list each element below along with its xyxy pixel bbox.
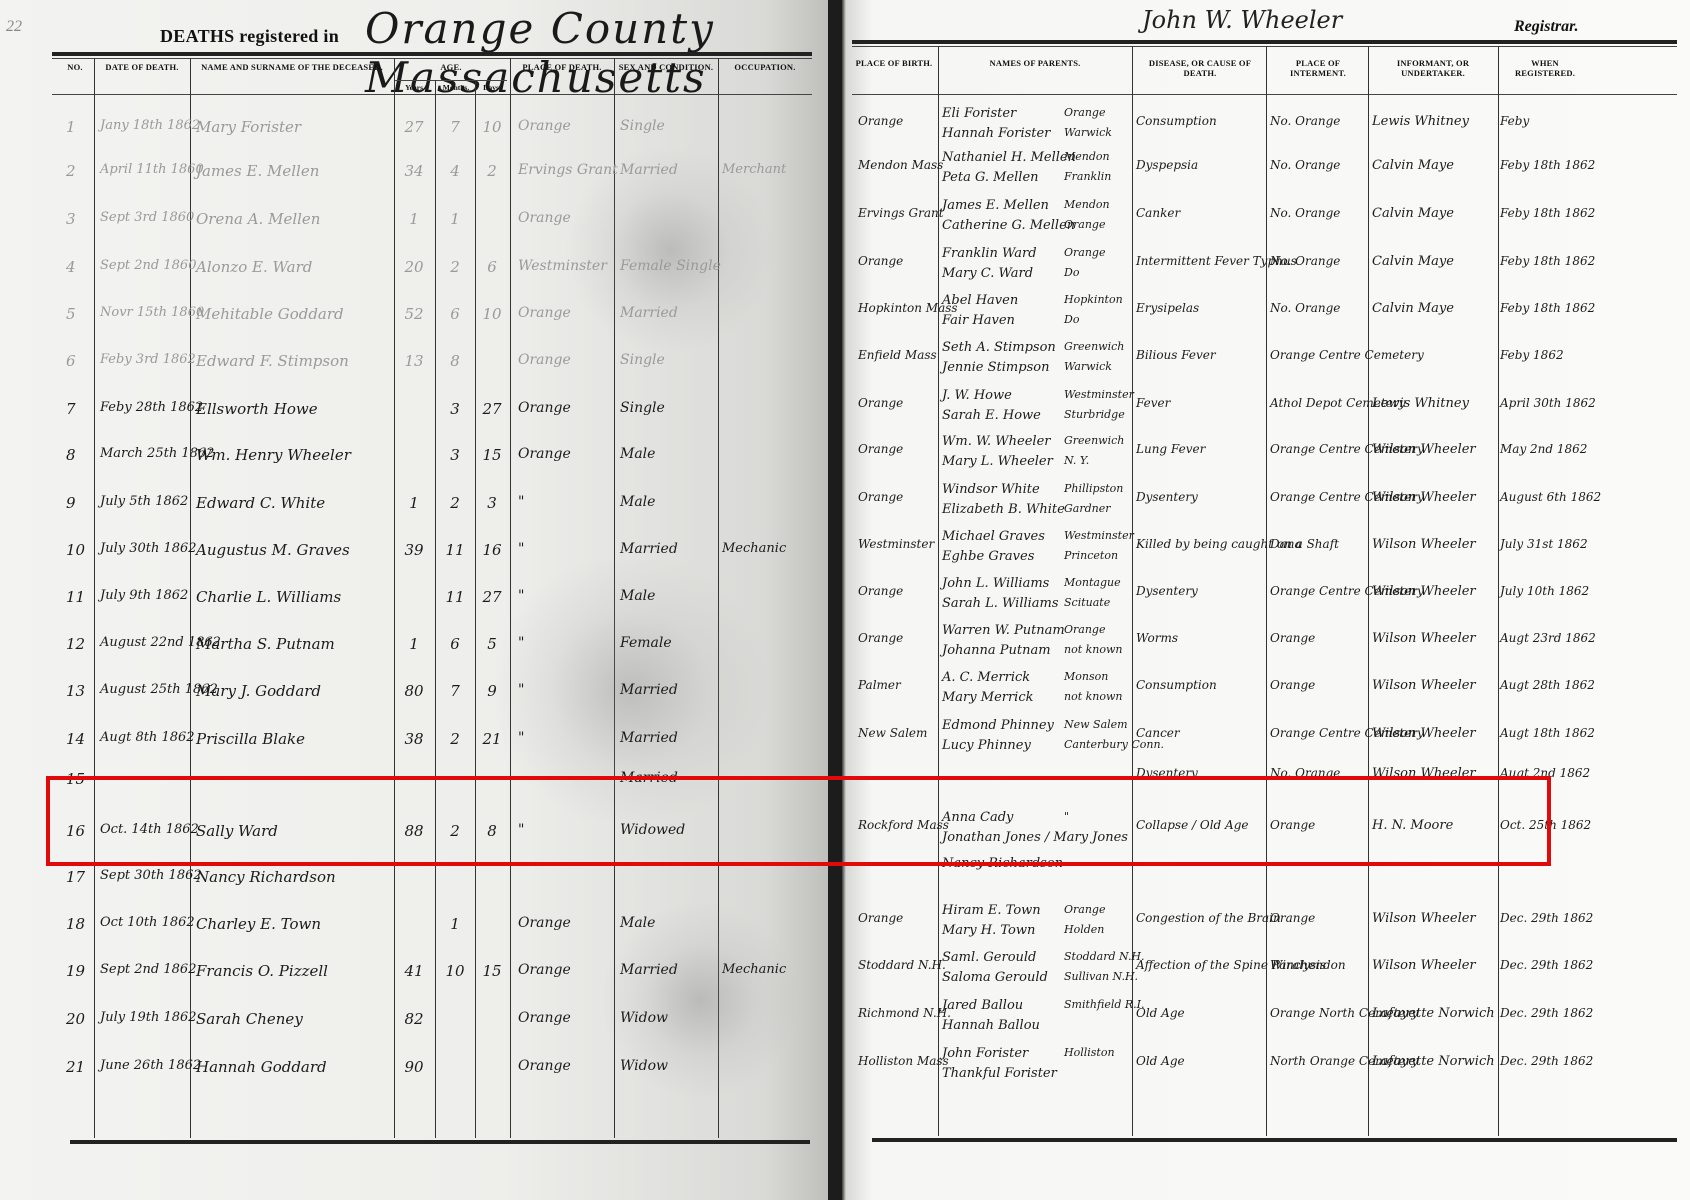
cause-of-death: Killed by being caught on a Shaft — [1136, 537, 1339, 551]
father-from: Phillipston — [1064, 482, 1123, 495]
record-number: 20 — [66, 1010, 85, 1028]
age-months: 2 — [441, 730, 469, 748]
age-months: 11 — [441, 588, 469, 606]
sex-condition: Married — [620, 162, 678, 178]
deceased-name: Sally Ward — [196, 822, 278, 840]
age-subrule — [395, 80, 507, 81]
place-of-birth: Mendon Mass — [858, 158, 943, 172]
father-from: Holliston — [1064, 1046, 1115, 1059]
age-years: 27 — [400, 118, 428, 136]
when-registered: Feby 18th 1862 — [1500, 158, 1595, 172]
place-of-interment: No. Orange — [1270, 206, 1340, 220]
father-name: John L. Williams — [942, 576, 1049, 591]
mother-name: Mary H. Town — [942, 923, 1035, 938]
informant: Lewis Whitney — [1372, 396, 1469, 411]
when-registered: Feby 18th 1862 — [1500, 301, 1595, 315]
place-of-interment: Orange Centre Cemetery — [1270, 348, 1424, 362]
when-registered: Feby 1862 — [1500, 348, 1564, 362]
mother-name: Saloma Gerould — [942, 970, 1048, 985]
informant: Wilson Wheeler — [1372, 678, 1476, 693]
age-years: 52 — [400, 305, 428, 323]
col-registered: WHEN REGISTERED. — [1500, 58, 1590, 78]
when-registered: Feby 18th 1862 — [1500, 206, 1595, 220]
place-of-death: " — [518, 682, 524, 698]
age-months: 11 — [441, 541, 469, 559]
record-number: 3 — [66, 210, 76, 228]
when-registered: July 31st 1862 — [1500, 537, 1588, 551]
cause-of-death: Dyspepsia — [1136, 158, 1198, 172]
record-number: 1 — [66, 118, 76, 136]
place-of-death: " — [518, 494, 524, 510]
father-from: Stoddard N.H. — [1064, 950, 1145, 963]
place-of-death: Orange — [518, 400, 571, 416]
when-registered: Dec. 29th 1862 — [1500, 1006, 1593, 1020]
cause-of-death: Bilious Fever — [1136, 348, 1216, 362]
deceased-name: Priscilla Blake — [196, 730, 305, 748]
informant: Lafayette Norwich — [1372, 1006, 1495, 1021]
col-age: AGE. — [395, 62, 507, 72]
col-age-years: Years. — [395, 83, 435, 92]
sex-condition: Married — [620, 770, 678, 786]
informant: Wilson Wheeler — [1372, 726, 1476, 741]
deceased-name: Edward C. White — [196, 494, 325, 512]
age-years: 41 — [400, 962, 428, 980]
when-registered: Augt 2nd 1862 — [1500, 766, 1590, 780]
father-from: Hopkinton — [1064, 293, 1123, 306]
father-from: Orange — [1064, 106, 1105, 119]
cause-of-death: Old Age — [1136, 1006, 1185, 1020]
deceased-name: Martha S. Putnam — [196, 635, 335, 653]
mother-name: Sarah E. Howe — [942, 408, 1041, 423]
place-of-interment: Orange — [1270, 678, 1315, 692]
col-no: NO. — [56, 62, 94, 72]
sex-condition: Widow — [620, 1058, 668, 1074]
record-number: 18 — [66, 915, 85, 933]
age-years: 90 — [400, 1058, 428, 1076]
mother-from: Orange — [1064, 218, 1105, 231]
age-years: 1 — [400, 635, 428, 653]
date-of-death: Jany 18th 1862 — [100, 118, 200, 133]
place-of-birth: Holliston Mass — [858, 1054, 949, 1068]
place-of-interment: Dana — [1270, 537, 1302, 551]
place-of-interment: Orange — [1270, 818, 1315, 832]
cause-of-death: Consumption — [1136, 114, 1217, 128]
when-registered: Augt 23rd 1862 — [1500, 631, 1596, 645]
cause-of-death: Dysentery — [1136, 584, 1198, 598]
age-days: 3 — [478, 494, 506, 512]
deceased-name: Mehitable Goddard — [196, 305, 344, 323]
father-name: Hiram E. Town — [942, 903, 1041, 918]
date-of-death: Augt 8th 1862 — [100, 730, 195, 745]
age-years: 80 — [400, 682, 428, 700]
place-of-birth: Orange — [858, 442, 903, 456]
mother-name: Johanna Putnam — [942, 643, 1051, 658]
deceased-name: Charley E. Town — [196, 915, 321, 933]
mother-name: Lucy Phinney — [942, 738, 1031, 753]
informant: Wilson Wheeler — [1372, 490, 1476, 505]
date-of-death: Oct. 14th 1862 — [100, 822, 199, 837]
age-days: 8 — [478, 822, 506, 840]
place-of-birth: Ervings Grant — [858, 206, 944, 220]
father-name: Anna Cady — [942, 810, 1013, 825]
age-months: 3 — [441, 400, 469, 418]
record-number: 12 — [66, 635, 85, 653]
sex-condition: Widow — [620, 1010, 668, 1026]
place-of-birth: Rockford Mass — [858, 818, 949, 832]
when-registered: Oct. 25th 1862 — [1500, 818, 1591, 832]
cause-of-death: Erysipelas — [1136, 301, 1199, 315]
place-of-interment: Orange — [1270, 911, 1315, 925]
record-number: 13 — [66, 682, 85, 700]
when-registered: Feby — [1500, 114, 1529, 128]
col-age-months: Months. — [436, 83, 476, 92]
father-from: Greenwich — [1064, 340, 1124, 353]
age-days: 9 — [478, 682, 506, 700]
father-from: New Salem — [1064, 718, 1128, 731]
when-registered: July 10th 1862 — [1500, 584, 1589, 598]
record-number: 21 — [66, 1058, 85, 1076]
when-registered: Dec. 29th 1862 — [1500, 1054, 1593, 1068]
mother-name: Hannah Forister — [942, 126, 1050, 141]
place-of-death: Orange — [518, 1058, 571, 1074]
place-of-birth: Palmer — [858, 678, 901, 692]
registrar-name: John W. Wheeler — [1142, 6, 1342, 34]
deceased-name: Edward F. Stimpson — [196, 352, 349, 370]
cause-of-death: Old Age — [1136, 1054, 1185, 1068]
mother-from: Scituate — [1064, 596, 1110, 609]
deceased-name: Ellsworth Howe — [196, 400, 318, 418]
record-number: 8 — [66, 446, 76, 464]
mother-name: Catherine G. Mellen — [942, 218, 1075, 233]
father-from: Orange — [1064, 623, 1105, 636]
sex-condition: Single — [620, 400, 665, 416]
father-name: Nathaniel H. Mellen — [942, 150, 1076, 165]
place-of-death: " — [518, 635, 524, 651]
mother-from: Do — [1064, 313, 1079, 326]
place-of-death: Orange — [518, 446, 571, 462]
deceased-name: Mary Forister — [196, 118, 301, 136]
place-of-birth: Orange — [858, 114, 903, 128]
father-from: Montague — [1064, 576, 1121, 589]
age-days: 15 — [478, 962, 506, 980]
age-months: 1 — [441, 915, 469, 933]
page-number: 22 — [6, 18, 22, 36]
age-years: 13 — [400, 352, 428, 370]
when-registered: Dec. 29th 1862 — [1500, 911, 1593, 925]
informant: Wilson Wheeler — [1372, 584, 1476, 599]
header-rule-right — [852, 40, 1677, 44]
deceased-name: Wm. Henry Wheeler — [196, 446, 351, 464]
record-number: 7 — [66, 400, 76, 418]
sex-condition: Male — [620, 588, 655, 604]
place-of-death: Orange — [518, 915, 571, 931]
informant: Lafayette Norwich — [1372, 1054, 1495, 1069]
age-months: 2 — [441, 494, 469, 512]
age-months: 3 — [441, 446, 469, 464]
age-months: 1 — [441, 210, 469, 228]
sex-condition: Male — [620, 446, 655, 462]
record-number: 6 — [66, 352, 76, 370]
place-of-birth: Stoddard N.H. — [858, 958, 946, 972]
mother-from: Warwick — [1064, 126, 1112, 139]
age-months: 7 — [441, 118, 469, 136]
place-of-death: " — [518, 822, 524, 838]
father-name: Windsor White — [942, 482, 1040, 497]
place-of-interment: No. Orange — [1270, 254, 1340, 268]
age-days: 2 — [478, 162, 506, 180]
when-registered: Dec. 29th 1862 — [1500, 958, 1593, 972]
place-of-birth: Richmond N.H. — [858, 1006, 951, 1020]
mother-name: Elizabeth B. White — [942, 502, 1065, 517]
place-of-death: Orange — [518, 305, 571, 321]
mother-from: Princeton — [1064, 549, 1118, 562]
age-days: 10 — [478, 305, 506, 323]
when-registered: Augt 18th 1862 — [1500, 726, 1595, 740]
father-name: Jared Ballou — [942, 998, 1023, 1013]
deceased-name: James E. Mellen — [196, 162, 319, 180]
col-informant: INFORMANT, OR UNDERTAKER. — [1370, 58, 1496, 78]
informant: Wilson Wheeler — [1372, 442, 1476, 457]
col-occupation: OCCUPATION. — [720, 62, 810, 72]
father-name: Franklin Ward — [942, 246, 1037, 261]
mother-name: Jennie Stimpson — [942, 360, 1049, 375]
age-months: 4 — [441, 162, 469, 180]
father-name: Eli Forister — [942, 106, 1016, 121]
cause-of-death: Canker — [1136, 206, 1180, 220]
age-months: 2 — [441, 822, 469, 840]
when-registered: April 30th 1862 — [1500, 396, 1596, 410]
father-name: Seth A. Stimpson — [942, 340, 1056, 355]
age-years: 88 — [400, 822, 428, 840]
mother-name: Mary C. Ward — [942, 266, 1033, 281]
record-number: 17 — [66, 868, 85, 886]
sex-condition: Married — [620, 305, 678, 321]
place-of-birth: Westminster — [858, 537, 934, 551]
informant: Wilson Wheeler — [1372, 631, 1476, 646]
mother-name: Jonathan Jones / Mary Jones — [942, 830, 1128, 845]
age-years: 1 — [400, 494, 428, 512]
place-of-interment: No. Orange — [1270, 158, 1340, 172]
place-of-birth: Orange — [858, 490, 903, 504]
informant: Calvin Maye — [1372, 254, 1454, 269]
cause-of-death: Dysentery — [1136, 490, 1198, 504]
place-of-death: Orange — [518, 962, 571, 978]
sex-condition: Single — [620, 118, 665, 134]
date-of-death: Sept 30th 1862 — [100, 868, 202, 883]
age-months: 8 — [441, 352, 469, 370]
age-days: 6 — [478, 258, 506, 276]
deceased-name: Hannah Goddard — [196, 1058, 327, 1076]
mother-from: Do — [1064, 266, 1079, 279]
cause-of-death: Fever — [1136, 396, 1170, 410]
age-years: 1 — [400, 210, 428, 228]
father-from: Mendon — [1064, 198, 1110, 211]
date-of-death: April 11th 1860 — [100, 162, 204, 177]
deceased-name: Francis O. Pizzell — [196, 962, 328, 980]
place-of-death: Westminster — [518, 258, 607, 274]
age-years: 20 — [400, 258, 428, 276]
sex-condition: Married — [620, 730, 678, 746]
when-registered: Feby 18th 1862 — [1500, 254, 1595, 268]
cause-of-death: Consumption — [1136, 678, 1217, 692]
cause-of-death: Congestion of the Brain — [1136, 911, 1281, 925]
col-age-days: Days. — [476, 83, 508, 92]
age-days: 5 — [478, 635, 506, 653]
cause-of-death: Dysentery — [1136, 766, 1198, 780]
informant: Lewis Whitney — [1372, 114, 1469, 129]
mother-from: not known — [1064, 643, 1123, 656]
date-of-death: July 5th 1862 — [100, 494, 188, 509]
informant: Calvin Maye — [1372, 301, 1454, 316]
footer-rule-right — [872, 1138, 1677, 1142]
sex-condition: Female Single — [620, 258, 721, 274]
sex-condition: Single — [620, 352, 665, 368]
record-number: 16 — [66, 822, 85, 840]
place-of-interment: No. Orange — [1270, 114, 1340, 128]
father-name: John Forister — [942, 1046, 1028, 1061]
mother-name: Mary L. Wheeler — [942, 454, 1053, 469]
place-of-death: Orange — [518, 352, 571, 368]
age-years: 34 — [400, 162, 428, 180]
sex-condition: Married — [620, 541, 678, 557]
age-years: 82 — [400, 1010, 428, 1028]
age-months: 6 — [441, 635, 469, 653]
date-of-death: Sept 2nd 1860 — [100, 258, 196, 273]
father-name: Warren W. Putnam — [942, 623, 1065, 638]
cause-of-death: Collapse / Old Age — [1136, 818, 1248, 832]
father-from: " — [1064, 810, 1069, 823]
header-rule — [52, 52, 812, 56]
header-rule-thin — [52, 58, 812, 59]
deceased-name: Sarah Cheney — [196, 1010, 303, 1028]
header-bottom-rule — [52, 94, 812, 95]
mother-from: Holden — [1064, 923, 1104, 936]
age-months: 2 — [441, 258, 469, 276]
age-days: 27 — [478, 400, 506, 418]
place-of-interment: No. Orange — [1270, 766, 1340, 780]
registrar-label: Registrar. — [1514, 18, 1578, 36]
sex-condition: Widowed — [620, 822, 685, 838]
age-months: 6 — [441, 305, 469, 323]
mother-name: Hannah Ballou — [942, 1018, 1040, 1033]
col-name: NAME AND SURNAME OF THE DECEASED. — [192, 62, 392, 72]
age-days: 15 — [478, 446, 506, 464]
father-name: James E. Mellen — [942, 198, 1049, 213]
register-title: DEATHS registered in — [160, 26, 339, 47]
record-number: 14 — [66, 730, 85, 748]
mother-from: Sturbridge — [1064, 408, 1125, 421]
record-number: 9 — [66, 494, 76, 512]
informant: H. N. Moore — [1372, 818, 1453, 833]
date-of-death: June 26th 1862 — [100, 1058, 201, 1073]
mother-name: Eghbe Graves — [942, 549, 1034, 564]
place-of-death: " — [518, 588, 524, 604]
informant: Calvin Maye — [1372, 206, 1454, 221]
father-name: Nancy Richardson — [942, 856, 1063, 871]
informant: Wilson Wheeler — [1372, 766, 1476, 781]
when-registered: May 2nd 1862 — [1500, 442, 1587, 456]
place-of-birth: Orange — [858, 396, 903, 410]
when-registered: Augt 28th 1862 — [1500, 678, 1595, 692]
mother-name: Sarah L. Williams — [942, 596, 1059, 611]
father-name: A. C. Merrick — [942, 670, 1030, 685]
mother-from: N. Y. — [1064, 454, 1089, 467]
date-of-death: July 30th 1862 — [100, 541, 197, 556]
father-from: Greenwich — [1064, 434, 1124, 447]
place-of-birth: New Salem — [858, 726, 927, 740]
place-of-death: " — [518, 541, 524, 557]
record-number: 4 — [66, 258, 76, 276]
occupation: Mechanic — [722, 962, 786, 977]
mother-name: Thankful Forister — [942, 1066, 1057, 1081]
date-of-death: Sept 2nd 1862 — [100, 962, 196, 977]
informant: Wilson Wheeler — [1372, 958, 1476, 973]
sex-condition: Female — [620, 635, 672, 651]
father-name: Saml. Gerould — [942, 950, 1036, 965]
father-from: Orange — [1064, 903, 1105, 916]
age-years: 38 — [400, 730, 428, 748]
father-from: Monson — [1064, 670, 1108, 683]
date-of-death: Novr 15th 1860 — [100, 305, 204, 320]
sex-condition: Male — [620, 915, 655, 931]
mother-from: Franklin — [1064, 170, 1111, 183]
mother-name: Peta G. Mellen — [942, 170, 1039, 185]
place-of-interment: Winchendon — [1270, 958, 1346, 972]
deceased-name: Augustus M. Graves — [196, 541, 350, 559]
deceased-name: Alonzo E. Ward — [196, 258, 312, 276]
father-name: Michael Graves — [942, 529, 1045, 544]
book-gutter — [828, 0, 842, 1200]
father-from: Westminster — [1064, 388, 1134, 401]
date-of-death: Feby 3rd 1862 — [100, 352, 196, 367]
place-of-birth: Orange — [858, 911, 903, 925]
father-name: Wm. W. Wheeler — [942, 434, 1051, 449]
deceased-name: Charlie L. Williams — [196, 588, 341, 606]
record-number: 10 — [66, 541, 85, 559]
mother-from: Warwick — [1064, 360, 1112, 373]
place-of-birth: Orange — [858, 584, 903, 598]
place-of-death: " — [518, 730, 524, 746]
mother-name: Mary Merrick — [942, 690, 1034, 705]
cause-of-death: Worms — [1136, 631, 1178, 645]
col-disease: DISEASE, OR CAUSE OF DEATH. — [1134, 58, 1266, 78]
date-of-death: July 19th 1862 — [100, 1010, 197, 1025]
father-name: J. W. Howe — [942, 388, 1012, 403]
informant: Wilson Wheeler — [1372, 911, 1476, 926]
date-of-death: Oct 10th 1862 — [100, 915, 195, 930]
age-years: 39 — [400, 541, 428, 559]
record-number: 19 — [66, 962, 85, 980]
col-interment: PLACE OF INTERMENT. — [1268, 58, 1368, 78]
father-name: Abel Haven — [942, 293, 1018, 308]
col-date-of-death: DATE OF DEATH. — [96, 62, 188, 72]
father-name: Edmond Phinney — [942, 718, 1054, 733]
deceased-name: Nancy Richardson — [196, 868, 336, 886]
occupation: Mechanic — [722, 541, 786, 556]
record-number: 2 — [66, 162, 76, 180]
place-of-birth: Enfield Mass — [858, 348, 937, 362]
date-of-death: Feby 28th 1862 — [100, 400, 203, 415]
footer-rule — [70, 1140, 810, 1144]
col-place-of-death: PLACE OF DEATH. — [512, 62, 612, 72]
age-days: 16 — [478, 541, 506, 559]
sex-condition: Male — [620, 494, 655, 510]
place-of-birth: Orange — [858, 254, 903, 268]
place-of-birth: Orange — [858, 631, 903, 645]
deceased-name: Orena A. Mellen — [196, 210, 320, 228]
col-parents: NAMES OF PARENTS. — [940, 58, 1130, 68]
age-months: 7 — [441, 682, 469, 700]
